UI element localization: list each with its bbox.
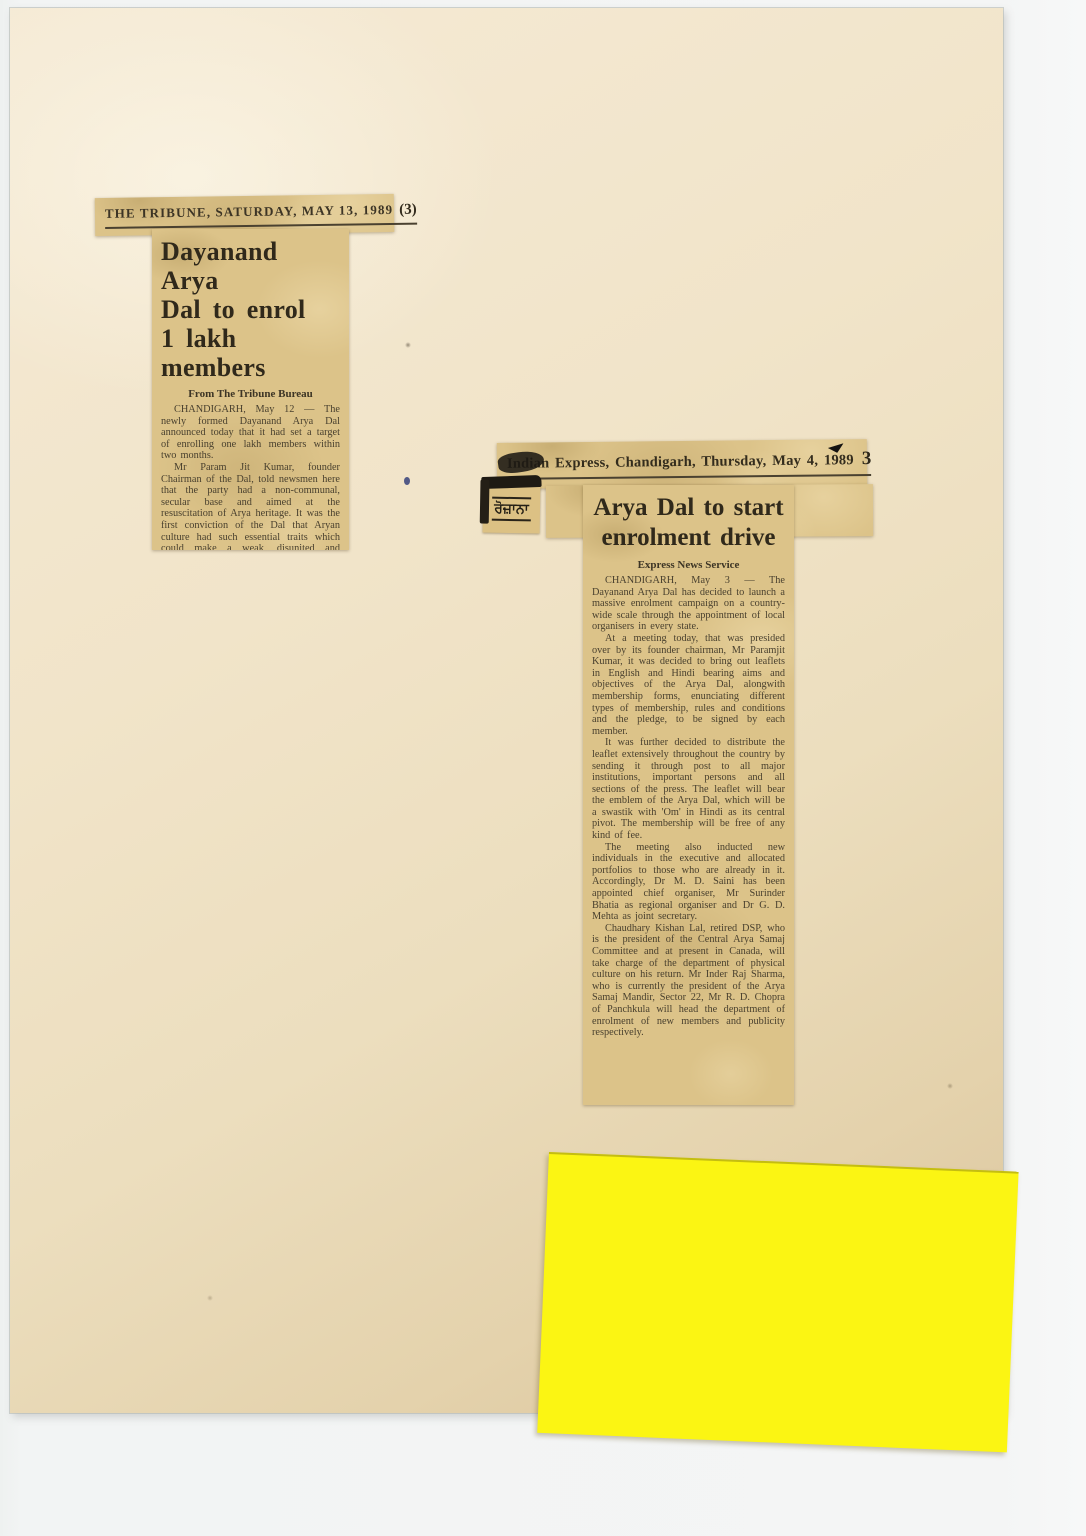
tribune-headline-line: 1 lakh members [161, 324, 340, 382]
tribune-byline: From The Tribune Bureau [161, 388, 340, 400]
express-masthead-rule: Indian Express, Chandigarh, Thursday, Ma… [507, 448, 872, 480]
tribune-headline: Dayanand Arya Dal to enrol 1 lakh member… [161, 237, 340, 382]
express-paragraph: It was further decided to distribute the… [592, 737, 785, 841]
express-page-number: 3 [862, 448, 872, 470]
gurmukhi-fragment-text: ਰੋਜ਼ਾਨਾ [492, 496, 531, 521]
ink-dot [404, 477, 410, 485]
express-article: Arya Dal to start enrolment drive Expres… [583, 485, 794, 1105]
tribune-headline-line: Dal to enrol [161, 295, 340, 324]
express-masthead-strip: Indian Express, Chandigarh, Thursday, Ma… [497, 439, 867, 489]
express-headline: Arya Dal to start enrolment drive [592, 493, 785, 553]
tribune-paragraph: CHANDIGARH, May 12 — The newly formed Da… [161, 404, 340, 462]
tribune-masthead-text: THE TRIBUNE, SATURDAY, MAY 13, 1989 [105, 201, 393, 221]
gurmukhi-masthead-fragment: ਰੋਜ਼ਾਨਾ [483, 484, 541, 534]
express-byline: Express News Service [592, 559, 785, 571]
tribune-article: Dayanand Arya Dal to enrol 1 lakh member… [152, 229, 349, 550]
tribune-paragraph: Mr Param Jit Kumar, founder Chairman of … [161, 462, 340, 550]
express-headline-line: Arya Dal to start [592, 493, 785, 523]
yellow-slip [537, 1152, 1018, 1452]
scanned-page: THE TRIBUNE, SATURDAY, MAY 13, 1989 (3) … [0, 0, 1086, 1536]
tribune-page-number: (3) [399, 201, 417, 218]
express-paragraph: Chaudhary Kishan Lal, retired DSP, who i… [592, 923, 785, 1039]
tribune-headline-line: Dayanand Arya [161, 237, 340, 295]
express-paragraph: At a meeting today, that was presided ov… [592, 633, 785, 737]
tribune-masthead-rule: THE TRIBUNE, SATURDAY, MAY 13, 1989 (3) [105, 201, 417, 228]
express-paragraph: The meeting also inducted new individual… [592, 842, 785, 923]
express-headline-line: enrolment drive [592, 523, 785, 553]
express-masthead-text: Indian Express, Chandigarh, Thursday, Ma… [507, 452, 854, 473]
express-paragraph: CHANDIGARH, May 3 — The Dayanand Arya Da… [592, 575, 785, 633]
